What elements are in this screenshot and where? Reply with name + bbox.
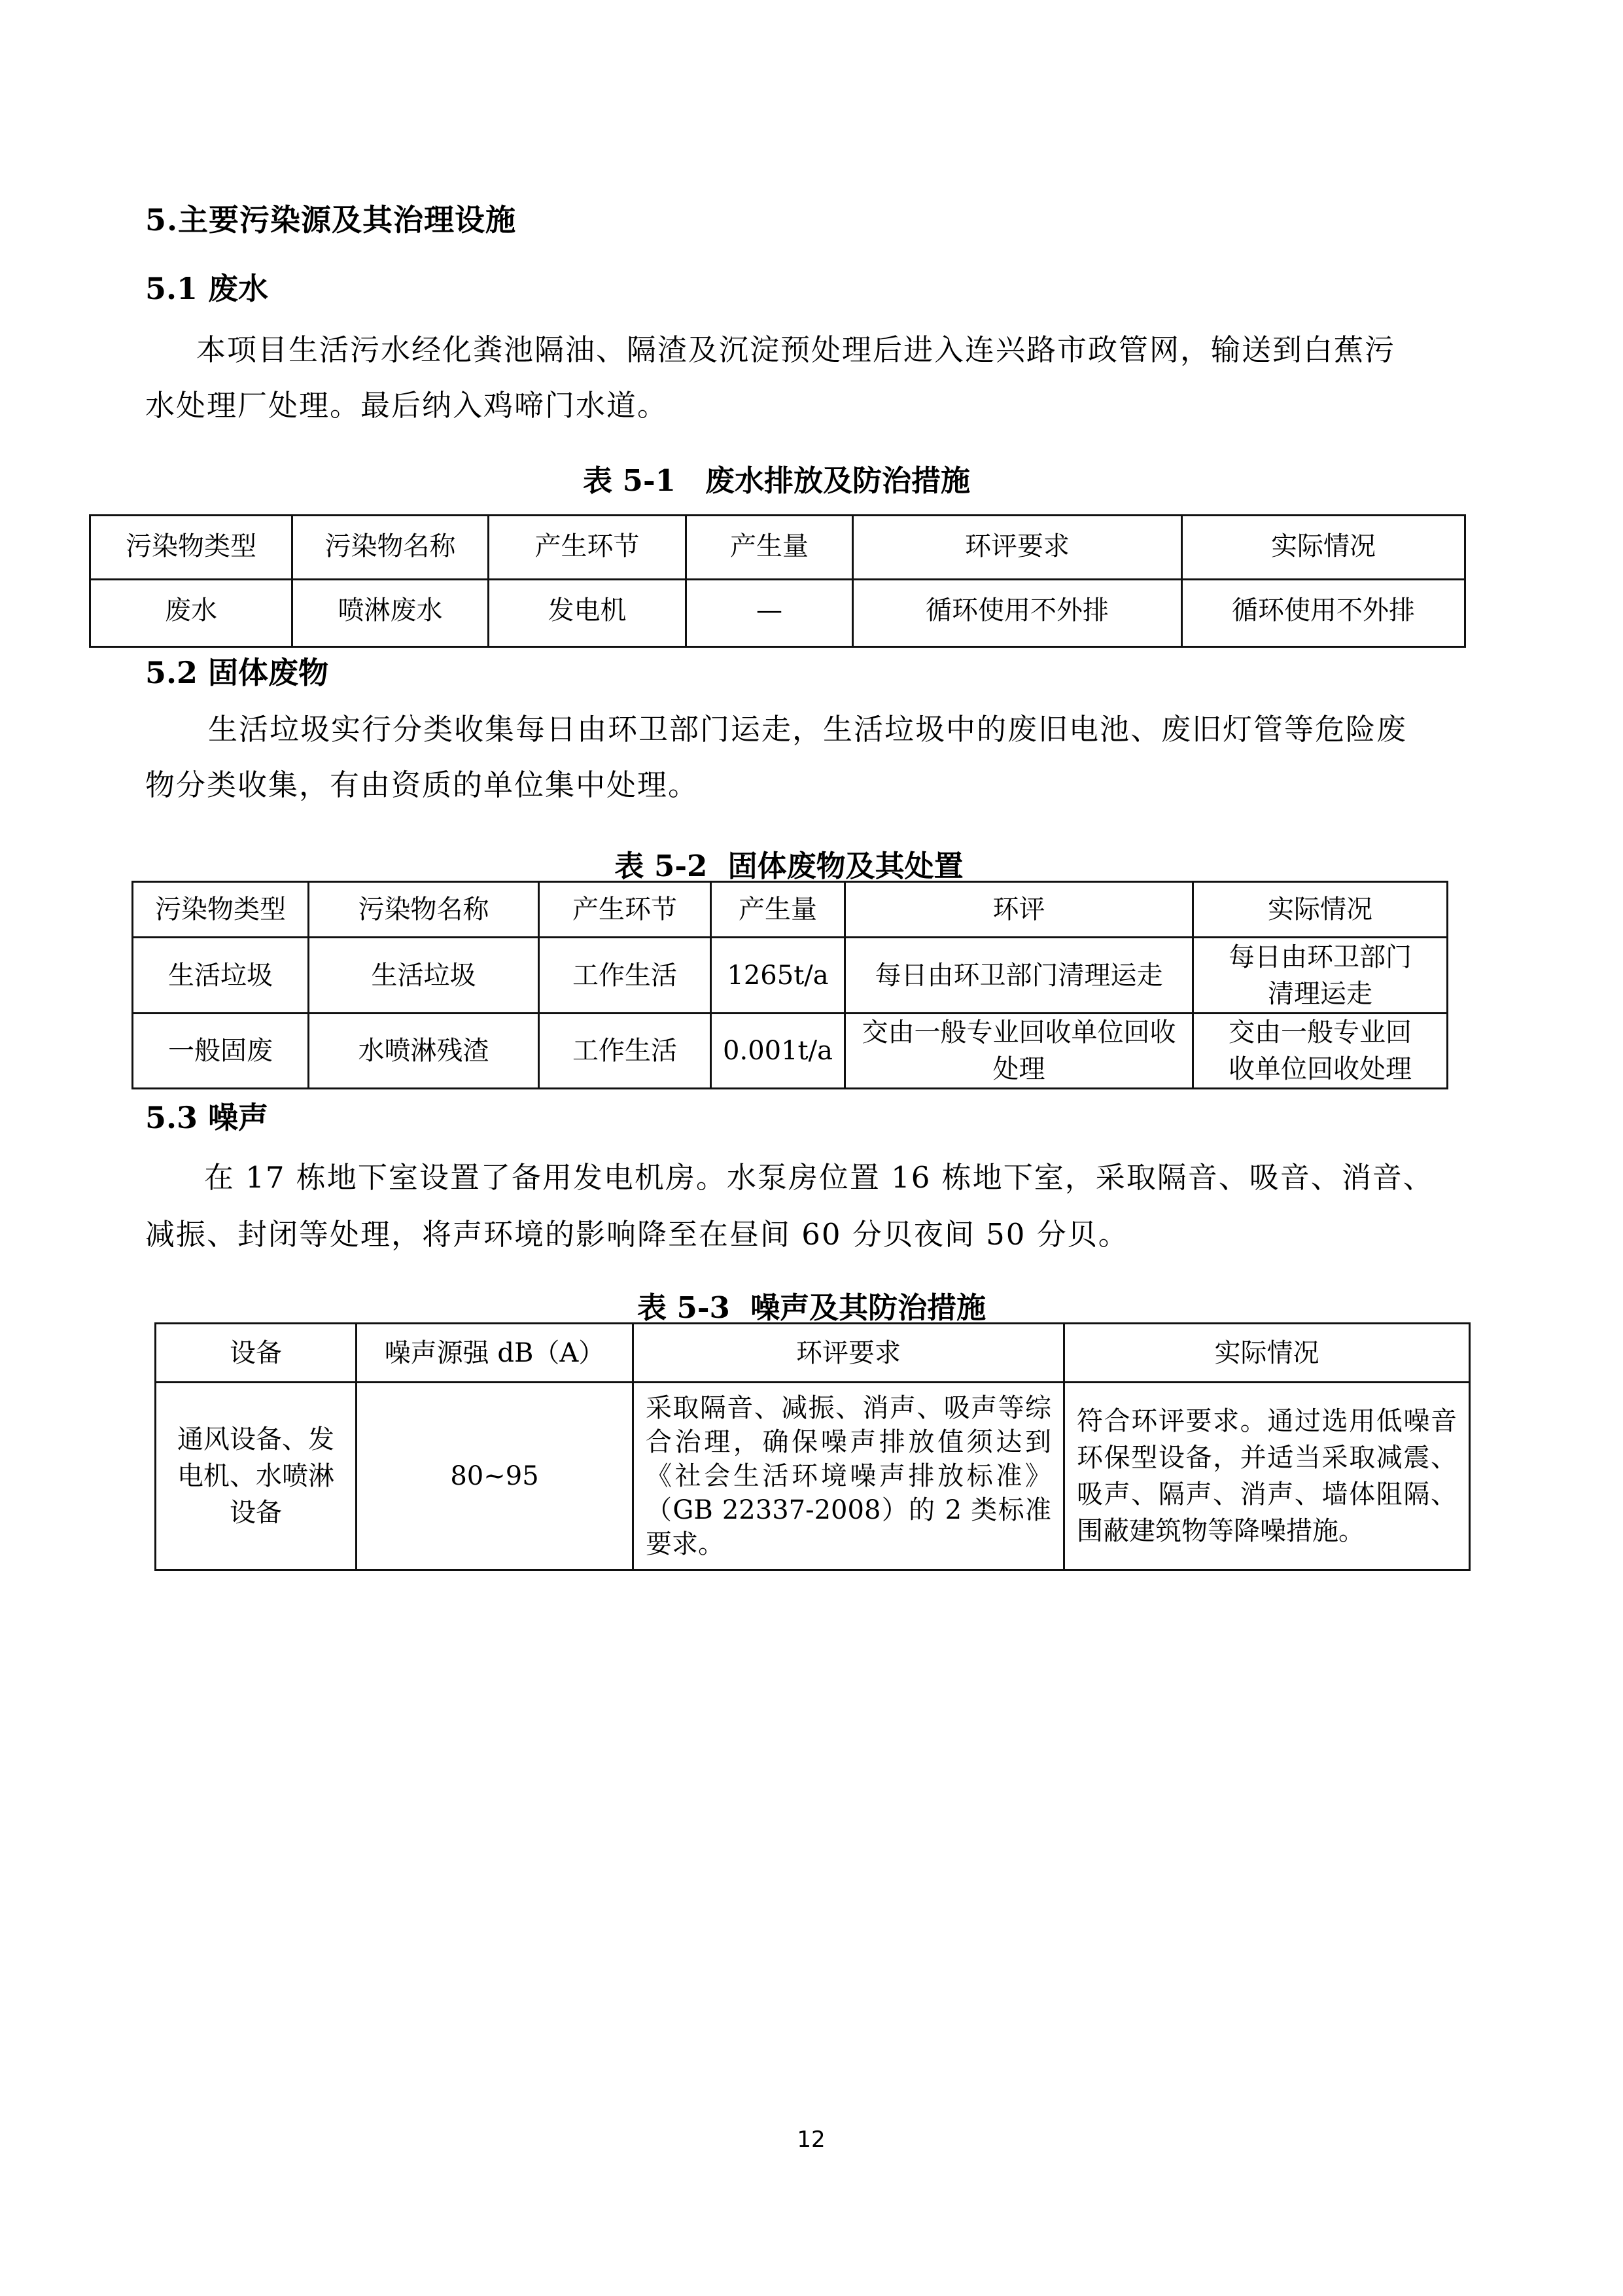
table-caption-5-3: 表 5-3 噪声及其防治措施	[154, 1284, 1469, 1326]
solid-waste-paragraph-line2: 物分类收集，有由资质的单位集中处理。	[145, 752, 699, 818]
table-cell: —	[686, 580, 853, 647]
table-cell: 发电机	[489, 580, 686, 647]
table-cell: 生活垃圾	[309, 938, 539, 1014]
table-header-cell: 产生环节	[539, 882, 711, 938]
wastewater-paragraph-line2: 水处理厂处理。最后纳入鸡啼门水道。	[145, 373, 668, 438]
table-cell: 一般固废	[133, 1014, 309, 1089]
table-noise: 设备 噪声源强 dB（A） 环评要求 实际情况 通风设备、发电机、水喷淋设备 8…	[154, 1322, 1471, 1571]
table-cell: 喷淋废水	[292, 580, 489, 647]
table-cell: 循环使用不外排	[1182, 580, 1465, 647]
page-number: 12	[778, 2127, 844, 2153]
table-cell: 交由一般专业回收单位回收处理	[845, 1014, 1193, 1089]
table-header-row: 污染物类型 污染物名称 产生环节 产生量 环评要求 实际情况	[90, 516, 1465, 580]
heading-noise: 5.3 噪声	[145, 1094, 268, 1137]
table-cell: 工作生活	[539, 938, 711, 1014]
table-header-row: 污染物类型 污染物名称 产生环节 产生量 环评 实际情况	[133, 882, 1448, 938]
table-caption-5-1: 表 5-1 废水排放及防治措施	[89, 457, 1464, 499]
table-row: 一般固废 水喷淋残渣 工作生活 0.001t/a 交由一般专业回收单位回收处理 …	[133, 1014, 1448, 1089]
table-cell: 符合环评要求。通过选用低噪音环保型设备，并适当采取减震、吸声、隔声、消声、墙体阻…	[1064, 1383, 1470, 1570]
table-header-cell: 产生量	[711, 882, 845, 938]
table-cell: 循环使用不外排	[853, 580, 1182, 647]
table-header-cell: 污染物类型	[133, 882, 309, 938]
table-cell: 工作生活	[539, 1014, 711, 1089]
table-header-row: 设备 噪声源强 dB（A） 环评要求 实际情况	[156, 1324, 1470, 1383]
table-cell: 80~95	[357, 1383, 633, 1570]
table-cell: 生活垃圾	[133, 938, 309, 1014]
table-row: 通风设备、发电机、水喷淋设备 80~95 采取隔音、减振、消声、吸声等综合治理，…	[156, 1383, 1470, 1570]
table-cell: 废水	[90, 580, 292, 647]
table-cell: 采取隔音、减振、消声、吸声等综合治理，确保噪声排放值须达到《社会生活环境噪声排放…	[633, 1383, 1064, 1570]
table-row: 废水 喷淋废水 发电机 — 循环使用不外排 循环使用不外排	[90, 580, 1465, 647]
table-cell: 通风设备、发电机、水喷淋设备	[156, 1383, 357, 1570]
table-row: 生活垃圾 生活垃圾 工作生活 1265t/a 每日由环卫部门清理运走 每日由环卫…	[133, 938, 1448, 1014]
table-header-cell: 环评要求	[633, 1324, 1064, 1383]
table-header-cell: 环评要求	[853, 516, 1182, 580]
table-solid-waste: 污染物类型 污染物名称 产生环节 产生量 环评 实际情况 生活垃圾 生活垃圾 工…	[131, 881, 1448, 1089]
table-header-cell: 设备	[156, 1324, 357, 1383]
table-cell: 交由一般专业回收单位回收处理	[1193, 1014, 1448, 1089]
table-cell: 水喷淋残渣	[309, 1014, 539, 1089]
table-cell: 每日由环卫部门清理运走	[845, 938, 1193, 1014]
table-header-cell: 环评	[845, 882, 1193, 938]
table-header-cell: 实际情况	[1064, 1324, 1470, 1383]
table-cell: 1265t/a	[711, 938, 845, 1014]
table-header-cell: 噪声源强 dB（A）	[357, 1324, 633, 1383]
section-title: 5.主要污染源及其治理设施	[145, 196, 516, 239]
table-header-cell: 污染物名称	[292, 516, 489, 580]
table-header-cell: 实际情况	[1193, 882, 1448, 938]
table-wastewater: 污染物类型 污染物名称 产生环节 产生量 环评要求 实际情况 废水 喷淋废水 发…	[89, 514, 1466, 648]
heading-solid-waste: 5.2 固体废物	[145, 649, 328, 692]
table-cell: 0.001t/a	[711, 1014, 845, 1089]
table-caption-5-2: 表 5-2 固体废物及其处置	[131, 842, 1446, 885]
heading-wastewater: 5.1 废水	[145, 265, 268, 308]
table-header-cell: 污染物名称	[309, 882, 539, 938]
table-header-cell: 产生环节	[489, 516, 686, 580]
table-header-cell: 实际情况	[1182, 516, 1465, 580]
table-cell: 每日由环卫部门清理运走	[1193, 938, 1448, 1014]
noise-paragraph-line1: 在 17 栋地下室设置了备用发电机房。水泵房位置 16 栋地下室，采取隔音、吸音…	[204, 1145, 1434, 1210]
table-header-cell: 污染物类型	[90, 516, 292, 580]
noise-paragraph-line2: 减振、封闭等处理，将声环境的影响降至在昼间 60 分贝夜间 50 分贝。	[145, 1202, 1129, 1267]
table-header-cell: 产生量	[686, 516, 853, 580]
